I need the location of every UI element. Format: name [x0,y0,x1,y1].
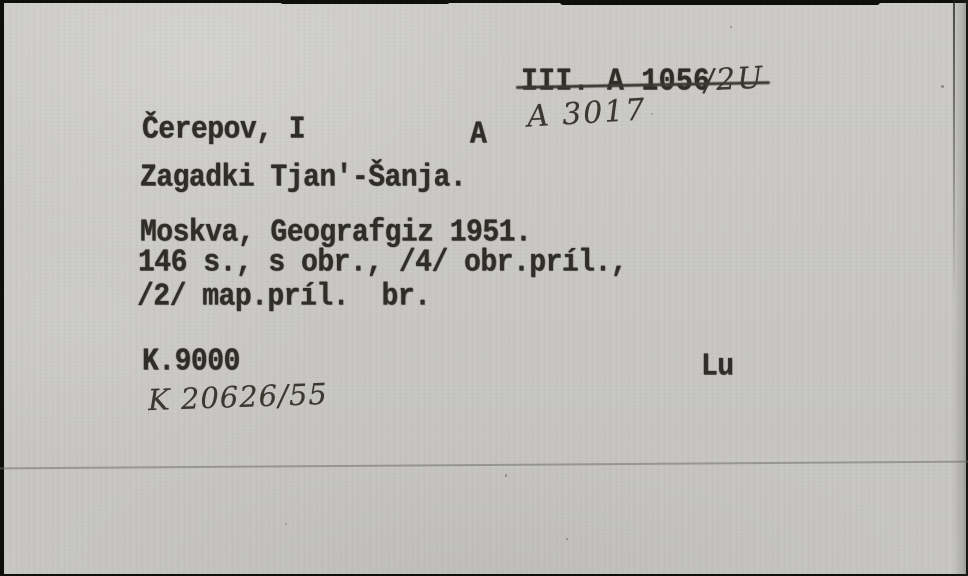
paper-speck [651,113,653,115]
paper-speck [730,26,732,28]
cutter-letter: A [470,120,486,151]
paper-speck [505,474,507,477]
handwritten-call-number: A 3017 [526,92,647,134]
price-code: K.9000 [142,347,240,378]
collation-line-1: 146 s., s obr., /4/ obr.príl., [138,248,627,279]
title-line: Zagadki Tjan'-Šanja. [140,163,466,194]
cataloger-initials: Lu [701,352,734,383]
imprint-line: Moskva, Geografgiz 1951. [140,218,531,249]
scan-edge-artifact [280,0,450,4]
card-right-crease [953,0,955,300]
handwritten-accession-number: K 20626/55 [147,377,328,417]
paper-speck [285,523,287,525]
scan-edge-artifact [560,0,880,5]
crossed-out-call-number-suffix: /2U [703,60,765,98]
paper-speck [941,85,944,88]
author-heading: Čerepov, I [142,115,305,146]
collation-line-2: /2/ map.príl. br. [137,282,430,313]
paper-speck [566,538,568,540]
catalog-card-scan: III. A 1056 /2U A 3017 Čerepov, I A Zaga… [0,0,968,576]
